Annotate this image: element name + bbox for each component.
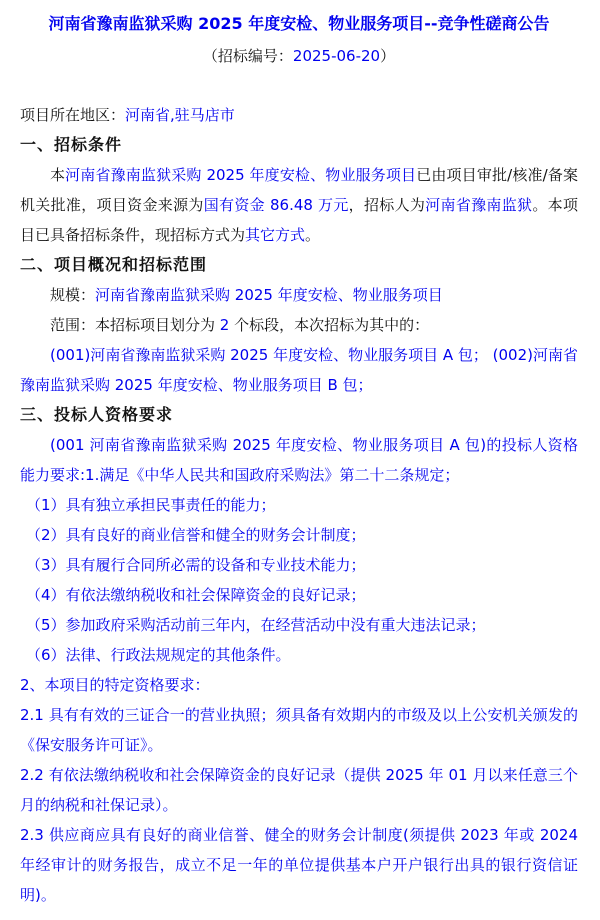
condition-5-line: （5）参加政府采购活动前三年内，在经营活动中没有重大违法记录； <box>20 610 578 640</box>
project-location-line: 项目所在地区：河南省,驻马店市 <box>20 100 578 130</box>
text-run: 2025-06-20 <box>293 47 380 65</box>
text-run: （6）法律、行政法规规定的其他条件。 <box>26 646 291 664</box>
text-run: 其它方式 <box>245 226 305 244</box>
text-run: （1）具有独立承担民事责任的能力； <box>26 496 276 514</box>
project-lots-line: (001)河南省豫南监狱采购 2025 年度安检、物业服务项目 A 包； (00… <box>20 340 578 400</box>
text-run: 2 <box>220 316 230 334</box>
text-run: 2.1 具有有效的三证合一的营业执照；须具备有效期内的市级及以上公安机关颁发的《… <box>20 706 578 754</box>
text-run: 本 <box>50 166 65 184</box>
text-run: 河南省豫南监狱采购 2025 年度安检、物业服务项目--竞争性磋商公告 <box>49 14 550 33</box>
section-2-heading: 二、项目概况和招标范围 <box>20 250 578 280</box>
text-run: （4）有依法缴纳税收和社会保障资金的良好记录； <box>26 586 366 604</box>
condition-2-line: （2）具有良好的商业信誉和健全的财务会计制度； <box>20 520 578 550</box>
text-run: 规模： <box>50 286 95 304</box>
text-run: 2.2 有依法缴纳税收和社会保障资金的良好记录（提供 2025 年 01 月以来… <box>20 766 578 814</box>
document-page: 河南省豫南监狱采购 2025 年度安检、物业服务项目--竞争性磋商公告 （招标编… <box>0 0 600 920</box>
tender-number-subtitle: （招标编号：2025-06-20） <box>20 40 578 72</box>
text-run: （5）参加政府采购活动前三年内，在经营活动中没有重大违法记录； <box>26 616 486 634</box>
text-run: 河南省豫南监狱采购 2025 年度安检、物业服务项目 <box>95 286 443 304</box>
condition-3-line: （3）具有履行合同所必需的设备和专业技术能力； <box>20 550 578 580</box>
announcement-title: 河南省豫南监狱采购 2025 年度安检、物业服务项目--竞争性磋商公告 <box>20 8 578 40</box>
section-1-heading: 一、招标条件 <box>20 130 578 160</box>
text-run: (001 河南省豫南监狱采购 2025 年度安检、物业服务项目 A 包)的投标人… <box>20 436 578 484</box>
text-run: ，招标人为 <box>349 196 426 214</box>
project-scale-line: 规模：河南省豫南监狱采购 2025 年度安检、物业服务项目 <box>20 280 578 310</box>
text-run: （2）具有良好的商业信誉和健全的财务会计制度； <box>26 526 366 544</box>
text-run: 三、投标人资格要求 <box>20 405 173 424</box>
condition-4-line: （4）有依法缴纳税收和社会保障资金的良好记录； <box>20 580 578 610</box>
text-run: （招标编号： <box>203 47 293 65</box>
qualification-intro-line: (001 河南省豫南监狱采购 2025 年度安检、物业服务项目 A 包)的投标人… <box>20 430 578 490</box>
condition-1-line: （1）具有独立承担民事责任的能力； <box>20 490 578 520</box>
condition-6-line: （6）法律、行政法规规定的其他条件。 <box>20 640 578 670</box>
text-run: (001)河南省豫南监狱采购 2025 年度安检、物业服务项目 A 包； (00… <box>20 346 578 394</box>
text-run: 二、项目概况和招标范围 <box>20 255 207 274</box>
section-3-heading: 三、投标人资格要求 <box>20 400 578 430</box>
text-run: 范围：本招标项目划分为 <box>50 316 220 334</box>
text-run: 2、本项目的特定资格要求： <box>20 676 210 694</box>
text-run: 一、招标条件 <box>20 135 122 154</box>
requirement-2-3-line: 2.3 供应商应具有良好的商业信誉、健全的财务会计制度(须提供 2023 年或 … <box>20 820 578 910</box>
requirement-2-2-line: 2.2 有依法缴纳税收和社会保障资金的良好记录（提供 2025 年 01 月以来… <box>20 760 578 820</box>
text-run: 。 <box>305 226 320 244</box>
text-run: 河南省豫南监狱采购 2025 年度安检、物业服务项目 <box>65 166 416 184</box>
text-run: ） <box>380 47 395 65</box>
text-run: 个标段，本次招标为其中的： <box>229 316 429 334</box>
project-scope-line: 范围：本招标项目划分为 2 个标段，本次招标为其中的： <box>20 310 578 340</box>
text-run: 河南省豫南监狱 <box>425 196 532 214</box>
section-1-paragraph: 本河南省豫南监狱采购 2025 年度安检、物业服务项目已由项目审批/核准/备案机… <box>20 160 578 250</box>
specific-requirements-header-line: 2、本项目的特定资格要求： <box>20 670 578 700</box>
text-run: 国有资金 86.48 万元 <box>204 196 349 214</box>
text-run: 2.3 供应商应具有良好的商业信誉、健全的财务会计制度(须提供 2023 年或 … <box>20 826 578 904</box>
text-run: 河南省,驻马店市 <box>125 106 235 124</box>
text-run: 项目所在地区： <box>20 106 125 124</box>
text-run: （3）具有履行合同所必需的设备和专业技术能力； <box>26 556 366 574</box>
requirement-2-1-line: 2.1 具有有效的三证合一的营业执照；须具备有效期内的市级及以上公安机关颁发的《… <box>20 700 578 760</box>
